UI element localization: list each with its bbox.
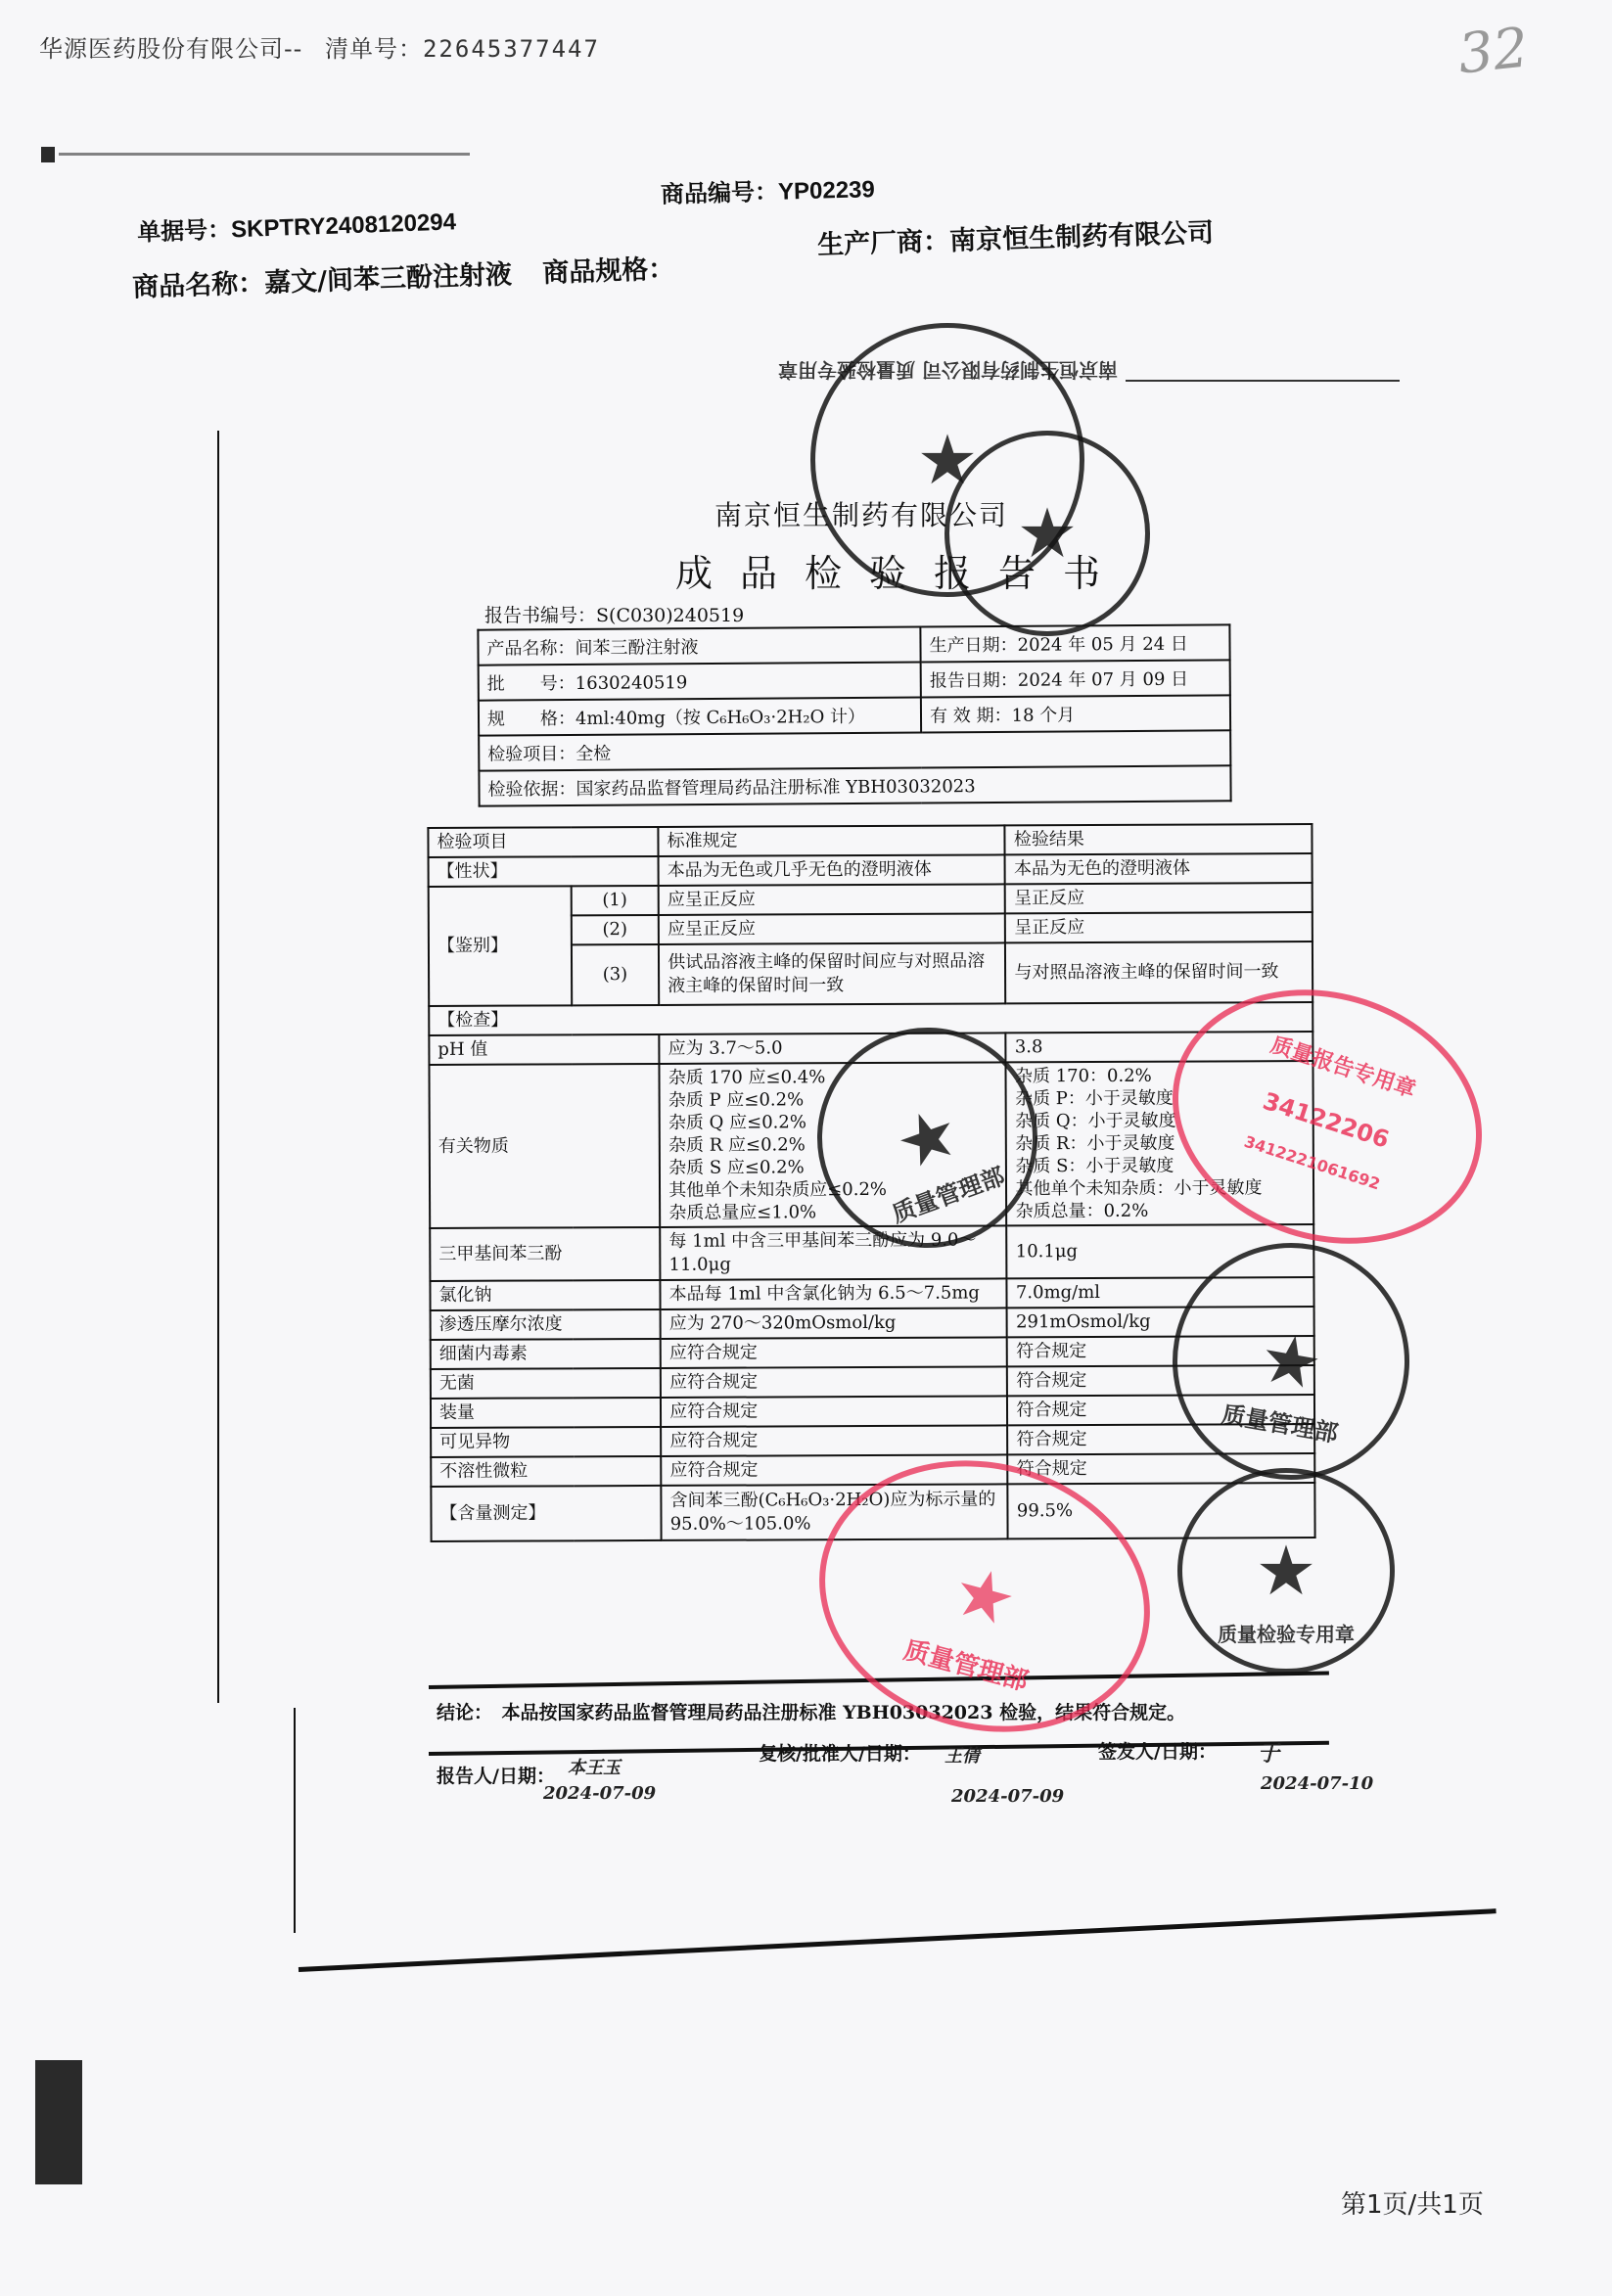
reviewer-date: 2024-07-09 [951, 1786, 1064, 1807]
info-product-name: 产品名称：间苯三酚注射液 [478, 627, 920, 666]
table-row: 无菌应符合规定符合规定 [431, 1365, 1314, 1399]
page-indicator: 第1页/共1页 [1341, 2184, 1484, 2221]
standard-line: 杂质 P 应≤0.2% [668, 1087, 997, 1111]
divider [429, 1672, 1329, 1689]
scan-artifact [41, 147, 55, 162]
info-spec: 规 格：4ml:40mg（按 C₆H₆O₃·2H₂O 计） [479, 698, 921, 736]
reporter-label: 报告人/日期： [437, 1762, 555, 1788]
closing-line [299, 1908, 1497, 1972]
standard-line: 杂质 R 应≤0.2% [668, 1132, 997, 1156]
table-row: 不溶性微粒应符合规定符合规定 [431, 1453, 1314, 1487]
header-result: 检验结果 [1005, 824, 1313, 854]
page-edge-line [217, 431, 219, 1703]
table-row: pH 值 应为 3.7～5.0 3.8 [429, 1032, 1313, 1065]
reviewer-signature: 王倩 [944, 1742, 980, 1768]
issuer-label: 签发人/日期： [1098, 1737, 1217, 1764]
list-label: 清单号： [325, 35, 423, 63]
info-production-date: 生产日期：2024 年 05 月 24 日 [920, 624, 1229, 662]
product-name: 商品名称：嘉文/间苯三酚注射液 商品规格： [131, 247, 674, 303]
info-batch: 批 号：1630240519 [479, 663, 921, 701]
table-row: 装量应符合规定符合规定 [431, 1395, 1314, 1428]
manufacturer: 生产厂商：南京恒生制药有限公司 [816, 211, 1214, 262]
scan-artifact [59, 153, 470, 156]
doc-number: 单据号：SKPTRY2408120294 [136, 202, 456, 247]
product-code: 商品编号：YP02239 [661, 169, 876, 209]
issuer-signature: 于 [1258, 1737, 1279, 1768]
table-row: 细菌内毒素应符合规定符合规定 [431, 1336, 1314, 1369]
table-row: 三甲基间苯三酚每 1ml 中含三甲基间苯三酚应为 9.0～11.0μg10.1μ… [430, 1224, 1313, 1281]
report-number: 报告书编号：S(C030)240519 [484, 601, 744, 627]
standard-line: 杂质 S 应≤0.2% [668, 1155, 997, 1178]
table-row: 氯化钠本品每 1ml 中含氯化钠为 6.5～7.5mg7.0mg/ml [430, 1277, 1313, 1310]
scan-artifact [1126, 380, 1400, 382]
page-edge-line [294, 1708, 296, 1933]
info-basis: 检验依据：国家药品监督管理局药品注册标准 YBH03032023 [479, 765, 1230, 805]
info-report-date: 报告日期：2024 年 07 月 09 日 [921, 660, 1230, 697]
results-table: 检验项目 标准规定 检验结果 【性状】 本品为无色或几乎无色的澄明液体 本品为无… [427, 823, 1315, 1542]
table-row: 可见异物应符合规定符合规定 [431, 1424, 1314, 1457]
issuer-date: 2024-07-10 [1261, 1773, 1373, 1794]
related-standards: 杂质 170 应≤0.4%杂质 P 应≤0.2%杂质 Q 应≤0.2%杂质 R … [660, 1062, 1007, 1227]
result-line: 杂质总量：0.2% [1016, 1199, 1306, 1222]
standard-line: 杂质 170 应≤0.4% [668, 1065, 997, 1088]
table-row: 【鉴别】 (1) 应呈正反应 呈正反应 [429, 883, 1313, 916]
standard-line: 其他单个未知杂质应≤0.2% [668, 1177, 997, 1201]
header-standard: 标准规定 [659, 825, 1005, 856]
table-header-row: 检验项目 标准规定 检验结果 [428, 824, 1312, 857]
company-stamp-small: ★ [944, 431, 1150, 636]
handwritten-page-mark: 32 [1455, 16, 1532, 86]
product-info-table: 产品名称：间苯三酚注射液 生产日期：2024 年 05 月 24 日 批 号：1… [477, 623, 1231, 806]
scan-artifact [35, 2060, 82, 2184]
reporter-signature: 本王玉 [568, 1754, 621, 1779]
header-company: 华源医药股份有限公司-- [39, 35, 302, 63]
table-row: 渗透压摩尔浓度应为 270～320mOsmol/kg291mOsmol/kg [431, 1307, 1314, 1340]
standard-line: 杂质总量应≤1.0% [668, 1200, 997, 1223]
result-line: 杂质 170：0.2% [1015, 1064, 1305, 1087]
report-title: 成品检验报告书 [675, 543, 1128, 597]
result-line: 杂质 P：小于灵敏度 [1015, 1086, 1305, 1110]
reporter-date: 2024-07-09 [543, 1783, 656, 1804]
info-validity: 有 效 期：18 个月 [921, 695, 1230, 732]
table-row: 【含量测定】 含间苯三酚(C₆H₆O₃·2H₂O)应为标示量的 95.0%～10… [431, 1483, 1314, 1541]
table-section-row: 【检查】 [429, 1002, 1313, 1035]
related-results: 杂质 170：0.2%杂质 P：小于灵敏度杂质 Q：小于灵敏度杂质 R：小于灵敏… [1006, 1061, 1313, 1225]
header-item: 检验项目 [428, 827, 658, 857]
list-number: 22645377447 [423, 35, 600, 63]
reviewer-label: 复核/批准人/日期： [759, 1739, 921, 1766]
info-test-items: 检验项目：全检 [479, 730, 1230, 770]
result-line: 杂质 R：小于灵敏度 [1015, 1131, 1305, 1155]
result-line: 杂质 Q：小于灵敏度 [1015, 1109, 1305, 1132]
conclusion: 结论： 本品按国家药品监督管理局药品注册标准 YBH03032023 检验，结果… [437, 1698, 1185, 1724]
result-line: 其他单个未知杂质：小于灵敏度 [1015, 1176, 1305, 1200]
result-line: 杂质 S：小于灵敏度 [1015, 1154, 1305, 1177]
table-row: 有关物质 杂质 170 应≤0.4%杂质 P 应≤0.2%杂质 Q 应≤0.2%… [429, 1061, 1313, 1228]
header-line: 华源医药股份有限公司-- 清单号：22645377447 [39, 29, 600, 64]
report-company: 南京恒生制药有限公司 [714, 494, 1008, 533]
standard-line: 杂质 Q 应≤0.2% [668, 1110, 997, 1133]
table-row: 【性状】 本品为无色或几乎无色的澄明液体 本品为无色的澄明液体 [429, 853, 1313, 887]
